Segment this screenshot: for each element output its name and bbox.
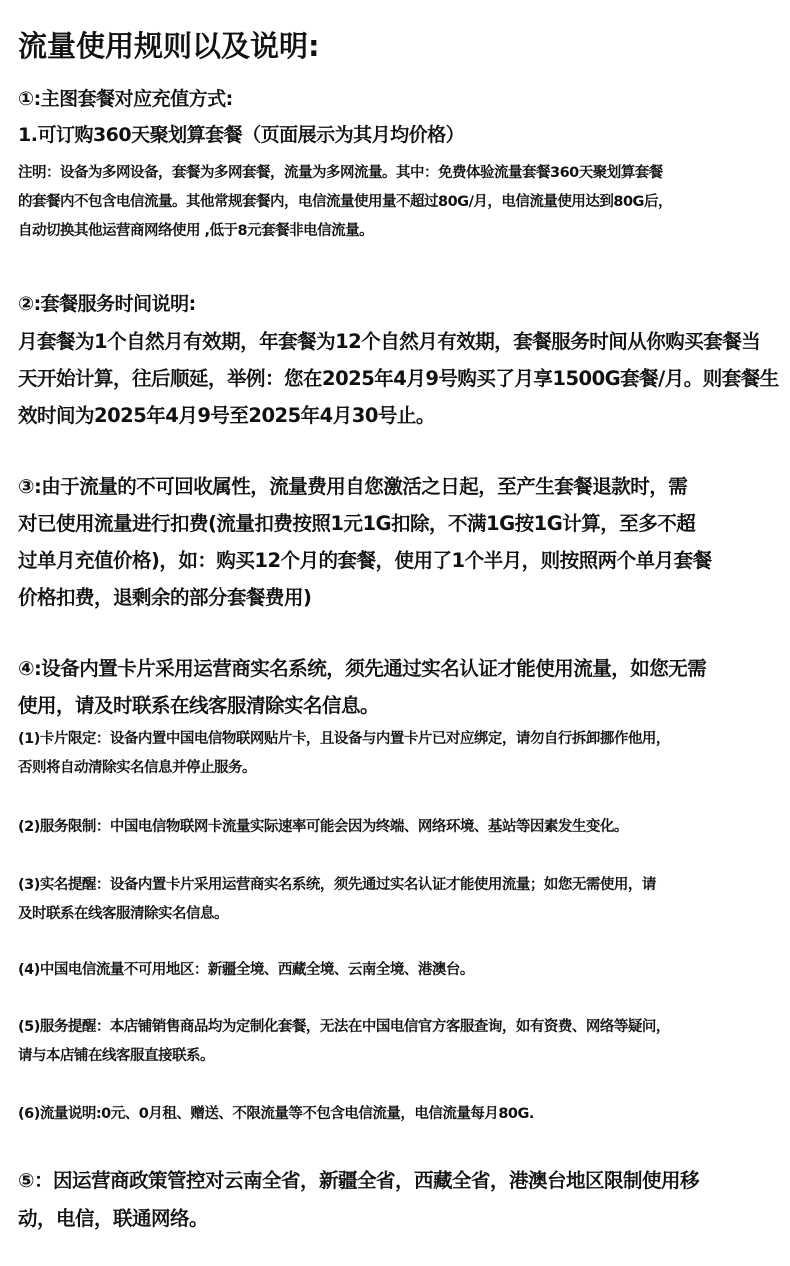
section-3-body-line: 过单月充值价格)，如：购买12个月的套餐，使用了1个半月，则按照两个单月套餐 xyxy=(18,545,712,573)
section-5-body-line: ⑤：因运营商政策管控对云南全省，新疆全省，西藏全省，港澳台地区限制使用移 xyxy=(18,1165,699,1193)
section-1-note-line: 的套餐内不包含电信流量。其他常规套餐内，电信流量使用量不超过80G/月，电信流量… xyxy=(18,190,672,211)
section-1-subheading: 1.可订购360天聚划算套餐（页面展示为其月均价格） xyxy=(18,120,464,147)
section-2-body-line: 月套餐为1个自然月有效期，年套餐为12个自然月有效期，套餐服务时间从你购买套餐当 xyxy=(18,326,760,354)
section-4-body-line: 使用，请及时联系在线客服清除实名信息。 xyxy=(18,690,379,718)
section-4-item-6: (6)流量说明:0元、0月租、赠送、不限流量等不包含电信流量，电信流量每月80G… xyxy=(18,1102,534,1123)
section-4-body-line: ④:设备内置卡片采用运营商实名系统，须先通过实名认证才能使用流量，如您无需 xyxy=(18,653,706,681)
section-4-item-3: (3)实名提醒：设备内置卡片采用运营商实名系统，须先通过实名认证才能使用流量；如… xyxy=(18,873,656,894)
section-3-body-line: 价格扣费，退剩余的部分套餐费用) xyxy=(18,582,311,610)
section-2-heading: ②:套餐服务时间说明: xyxy=(18,289,196,316)
section-4-item-1: 否则将自动清除实名信息并停止服务。 xyxy=(18,756,256,777)
section-4-item-1: (1)卡片限定：设备内置中国电信物联网贴片卡，且设备与内置卡片已对应绑定，请勿自… xyxy=(18,727,670,748)
section-2-body-line: 天开始计算，往后顺延，举例：您在2025年4月9号购买了月享1500G套餐/月。… xyxy=(18,363,779,391)
section-2-body-line: 效时间为2025年4月9号至2025年4月30号止。 xyxy=(18,400,435,428)
section-5-body-line: 动，电信，联通网络。 xyxy=(18,1203,208,1231)
section-1-note-line: 自动切换其他运营商网络使用 ,低于8元套餐非电信流量。 xyxy=(18,219,373,240)
page-title: 流量使用规则以及说明: xyxy=(18,24,320,65)
section-1-heading: ①:主图套餐对应充值方式: xyxy=(18,84,233,111)
section-3-body-line: ③:由于流量的不可回收属性，流量费用自您激活之日起，至产生套餐退款时，需 xyxy=(18,471,687,499)
section-1-note-line: 注明：设备为多网设备，套餐为多网套餐，流量为多网流量。其中：免费体验流量套餐36… xyxy=(18,161,663,182)
section-4-item-4: (4)中国电信流量不可用地区：新疆全境、西藏全境、云南全境、港澳台。 xyxy=(18,958,474,979)
section-3-body-line: 对已使用流量进行扣费(流量扣费按照1元1G扣除，不满1G按1G计算，至多不超 xyxy=(18,508,695,536)
section-4-item-5: 请与本店铺在线客服直接联系。 xyxy=(18,1044,214,1065)
section-4-item-2: (2)服务限制：中国电信物联网卡流量实际速率可能会因为终端、网络环境、基站等因素… xyxy=(18,815,628,836)
section-4-item-5: (5)服务提醒：本店铺销售商品均为定制化套餐，无法在中国电信官方客服查询，如有资… xyxy=(18,1015,670,1036)
section-4-item-3: 及时联系在线客服清除实名信息。 xyxy=(18,902,228,923)
